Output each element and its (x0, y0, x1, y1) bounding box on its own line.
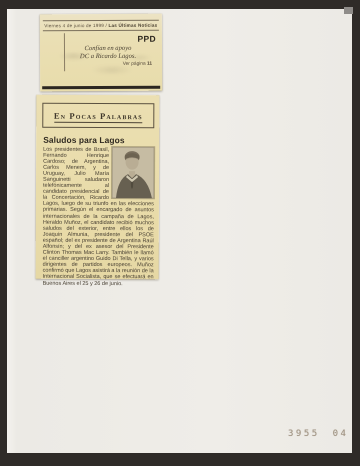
scan-corner-notch (344, 7, 353, 14)
scanned-page: Viernes 4 de junio de 1999 / Las Últimas… (7, 9, 352, 453)
portrait-photo (112, 147, 154, 198)
article-body: Los presidentes de Brasil, Fernando Henr… (43, 146, 155, 287)
page-ref-label: Ver página (123, 62, 147, 67)
article-clipping: En Pocas Palabras Saludos para Lagos (36, 95, 160, 280)
page-reference: Ver página 11 (40, 60, 156, 68)
dateline: Viernes 4 de junio de 1999 / Las Últimas… (40, 21, 162, 31)
teaser-text: Confían en apoyoDC a Ricardo Lagos. (40, 44, 156, 61)
teaser-line-1: Confían en apoyo (85, 45, 132, 52)
page-ref-number: 11 (147, 62, 152, 67)
newspaper-name: Las Últimas Noticias (108, 23, 157, 28)
scanner-background: { "top_clipping": { "dateline_left": "Vi… (0, 0, 360, 466)
article-headline: Saludos para Lagos (43, 134, 153, 144)
teaser-block: PPD Confían en apoyoDC a Ricardo Lagos. … (40, 31, 162, 76)
section-header-box: En Pocas Palabras (42, 103, 154, 128)
teaser-line-2: DC a Ricardo Lagos. (80, 52, 136, 59)
party-label: PPD (40, 34, 156, 45)
dateline-date: Viernes 4 de junio de 1999 / (44, 23, 108, 28)
archive-stamp-number: 3955 04 (288, 429, 348, 439)
masthead-heavy-rule (42, 85, 160, 89)
section-header: En Pocas Palabras (54, 111, 143, 123)
column-divider (64, 33, 65, 71)
masthead-clipping: Viernes 4 de junio de 1999 / Las Últimas… (40, 14, 162, 92)
